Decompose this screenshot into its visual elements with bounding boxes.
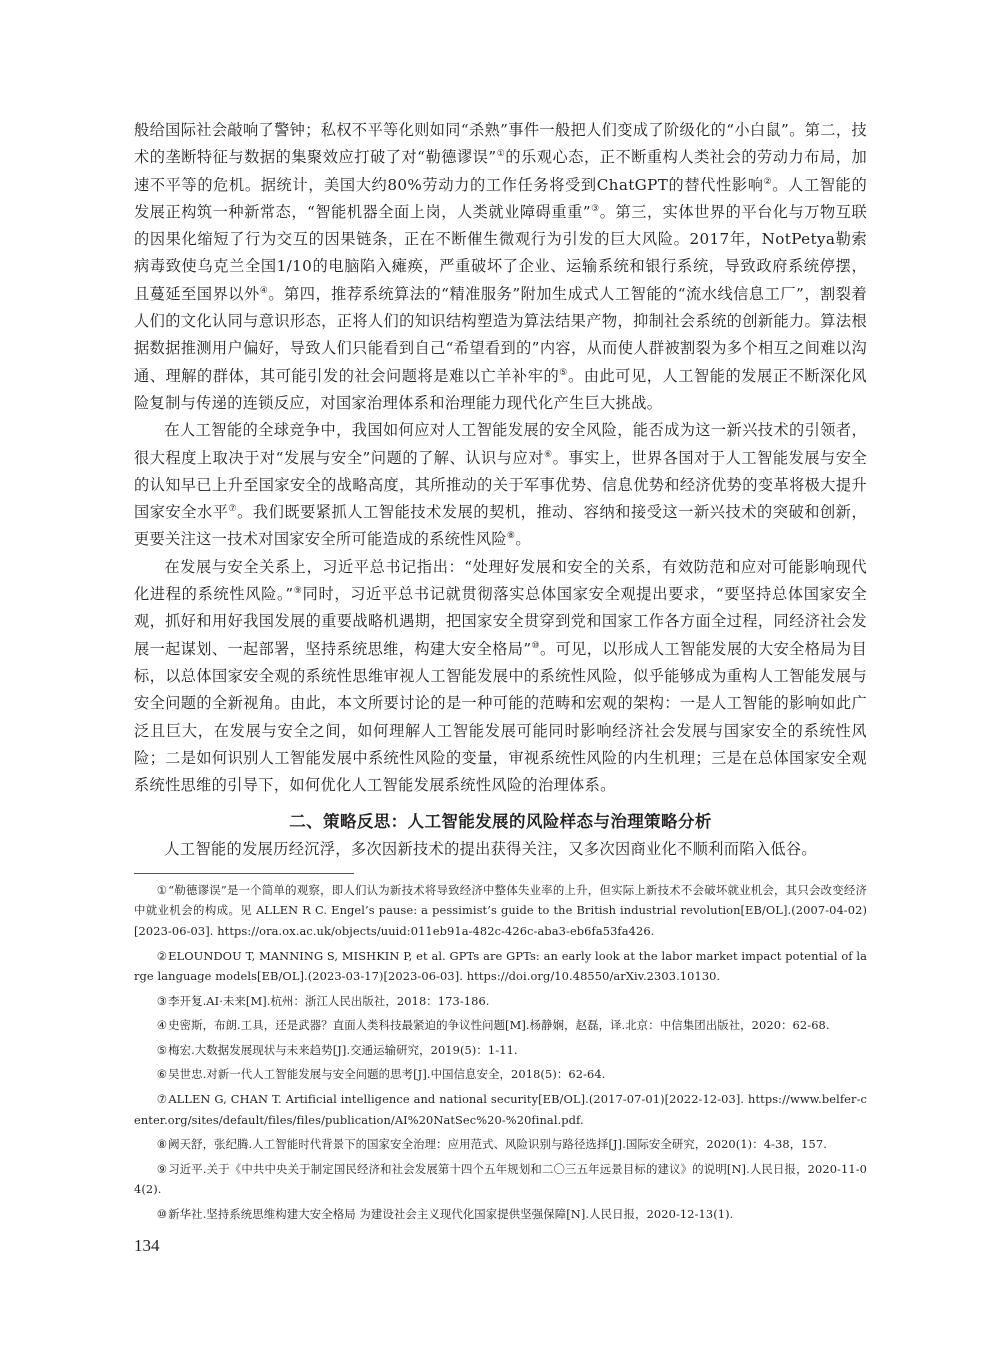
footnote-marker: ⑥: [157, 1067, 167, 1081]
footnote-reference[interactable]: ⑤: [559, 368, 568, 378]
footnote-text: 史密斯，布朗.工具，还是武器？直面人类科技最紧迫的争议性问题[M].杨静娴，赵磊…: [168, 1018, 830, 1032]
footnotes-list: ①“勒德谬误”是一个简单的观察，即人们认为新技术将导致经济中整体失业率的上升，但…: [134, 880, 867, 1225]
footnote-text: 梅宏.大数据发展现状与未来趋势[J].交通运输研究，2019(5)：1-11.: [168, 1043, 518, 1057]
footnote-text: 新华社.坚持系统思维构建大安全格局 为建设社会主义现代化国家提供坚强保障[N].…: [168, 1207, 733, 1221]
body-paragraph: 般给国际社会敲响了警钟；私权不平等化则如同“杀熟”事件一般把人们变成了阶级化的“…: [134, 117, 867, 417]
footnote-item: ⑨习近平.关于《中共中央关于制定国民经济和社会发展第十四个五年规划和二〇三五年远…: [134, 1159, 867, 1200]
paragraph-text: 。: [515, 530, 531, 548]
footnote-marker: ⑤: [157, 1043, 167, 1057]
footnote-text: “勒德谬误”是一个简单的观察，即人们认为新技术将导致经济中整体失业率的上升，但实…: [134, 883, 867, 938]
footnote-item: ①“勒德谬误”是一个简单的观察，即人们认为新技术将导致经济中整体失业率的上升，但…: [134, 880, 867, 942]
footnote-item: ⑧阙天舒，张纪腾.人工智能时代背景下的国家安全治理：应用范式、风险识别与路径选择…: [134, 1134, 867, 1155]
footnote-item: ③李开复.AI·未来[M].杭州：浙江人民出版社，2018：173-186.: [134, 991, 867, 1012]
footnote-text: ELOUNDOU T, MANNING S, MISHKIN P, et al.…: [134, 949, 867, 984]
footnote-reference[interactable]: ⑥: [544, 450, 553, 460]
footnote-marker: ④: [157, 1018, 167, 1032]
footnote-reference[interactable]: ⑦: [229, 504, 238, 514]
footnote-marker: ⑦: [157, 1092, 168, 1106]
footnote-marker: ⑧: [157, 1137, 167, 1151]
paragraph-text: 。可见，以形成人工智能发展的大安全格局为目标，以总体国家安全观的系统性思维审视人…: [134, 640, 867, 794]
section-heading: 二、策略反思：人工智能发展的风险样态与治理策略分析: [134, 810, 867, 834]
page-number: 134: [134, 1236, 160, 1256]
footnote-item: ②ELOUNDOU T, MANNING S, MISHKIN P, et al…: [134, 946, 867, 987]
body-paragraph: 在发展与安全关系上，习近平总书记指出：“处理好发展和安全的关系，有效防范和应对可…: [134, 554, 867, 800]
footnote-item: ⑤梅宏.大数据发展现状与未来趋势[J].交通运输研究，2019(5)：1-11.: [134, 1040, 867, 1061]
body-text: 般给国际社会敲响了警钟；私权不平等化则如同“杀熟”事件一般把人们变成了阶级化的“…: [134, 117, 867, 799]
footnote-text: 习近平.关于《中共中央关于制定国民经济和社会发展第十四个五年规划和二〇三五年远景…: [134, 1162, 867, 1197]
footnote-reference[interactable]: ②: [764, 177, 773, 187]
footnote-marker: ③: [157, 994, 167, 1008]
footnote-text: 李开复.AI·未来[M].杭州：浙江人民出版社，2018：173-186.: [168, 994, 489, 1008]
footnote-text: 阙天舒，张纪腾.人工智能时代背景下的国家安全治理：应用范式、风险识别与路径选择[…: [168, 1137, 827, 1151]
footnote-reference[interactable]: ③: [591, 204, 600, 214]
body-paragraph: 在人工智能的全球竞争中，我国如何应对人工智能发展的安全风险，能否成为这一新兴技术…: [134, 417, 867, 553]
footnote-marker: ①: [157, 883, 167, 897]
section-first-paragraph: 人工智能的发展历经沉浮，多次因新技术的提出获得关注，又多次因商业化不顺利而陷入低…: [134, 836, 867, 863]
paragraph-text: 。我们既要紧抓人工智能技术发展的契机，推动、容纳和接受这一新兴技术的突破和创新，…: [134, 503, 867, 548]
footnote-item: ⑦ALLEN G, CHAN T. Artificial intelligenc…: [134, 1089, 867, 1130]
footnote-reference[interactable]: ⑨: [293, 586, 302, 596]
footnote-reference[interactable]: ⑩: [531, 641, 540, 651]
footnote-item: ⑥吴世忠.对新一代人工智能发展与安全问题的思考[J].中国信息安全，2018(5…: [134, 1064, 867, 1085]
footnote-divider: [134, 873, 354, 874]
footnote-marker: ⑩: [157, 1207, 167, 1221]
footnote-marker: ⑨: [157, 1162, 167, 1176]
footnote-item: ④史密斯，布朗.工具，还是武器？直面人类科技最紧迫的争议性问题[M].杨静娴，赵…: [134, 1015, 867, 1036]
page-content: 般给国际社会敲响了警钟；私权不平等化则如同“杀熟”事件一般把人们变成了阶级化的“…: [134, 117, 867, 1229]
footnote-text: ALLEN G, CHAN T. Artificial intelligence…: [134, 1092, 867, 1127]
footnote-marker: ②: [157, 949, 167, 963]
footnote-text: 吴世忠.对新一代人工智能发展与安全问题的思考[J].中国信息安全，2018(5)…: [168, 1067, 605, 1081]
footnote-item: ⑩新华社.坚持系统思维构建大安全格局 为建设社会主义现代化国家提供坚强保障[N]…: [134, 1204, 867, 1225]
